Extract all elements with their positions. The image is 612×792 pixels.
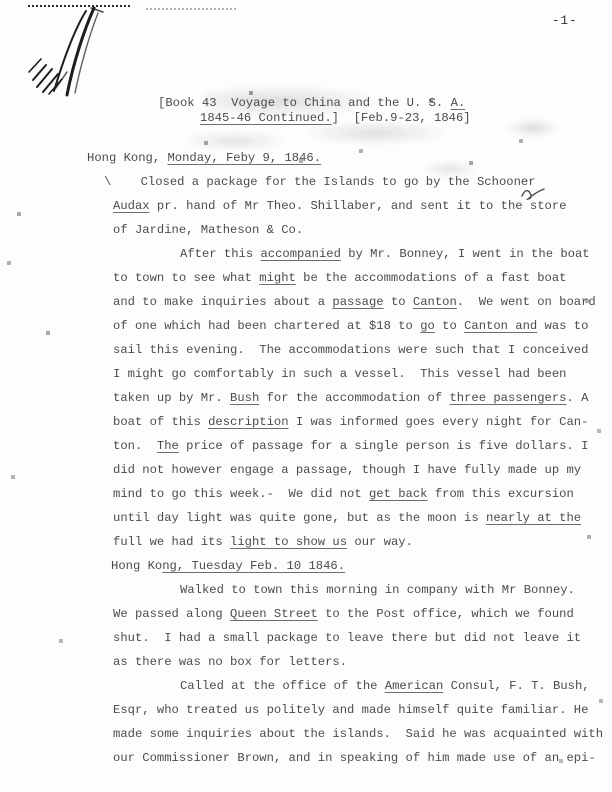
text-line: boat of this description I was informed …	[113, 410, 612, 434]
text-line: Called at the office of the American Con…	[180, 674, 612, 698]
text-line: of Jardine, Matheson & Co.	[113, 218, 612, 242]
text-line: Walked to town this morning in company w…	[180, 578, 612, 602]
text-line: to town to see what might be the accommo…	[113, 266, 612, 290]
text-segment: made some inquiries about the islands. S…	[113, 727, 603, 741]
text-line: sail this evening. The accommodations we…	[113, 338, 612, 362]
text-segment: Walked to town this morning in company w…	[180, 583, 575, 597]
date-heading: Hong Kong, Monday, Feby 9, 1846.	[87, 146, 612, 170]
text-line: full we had its light to show us our way…	[113, 530, 612, 554]
text-segment: to	[435, 319, 464, 333]
text-segment: and to make inquiries about a	[113, 295, 332, 309]
text-segment: Esqr, who treated us politely and made h…	[113, 703, 588, 717]
scanned-document-page: -1- [Book 43 Voyage to China and the U. …	[0, 0, 612, 792]
underlined-text: get back	[369, 487, 428, 501]
document-lines: [Book 43 Voyage to China and the U. S. A…	[113, 96, 612, 770]
text-segment: full we had its	[113, 535, 230, 549]
text-segment: pr. hand of Mr Theo. Shillaber, and sent…	[150, 199, 567, 213]
text-segment: be the accommodations of a fast boat	[296, 271, 567, 285]
underlined-text: go	[420, 319, 435, 333]
text-segment: was to	[537, 319, 588, 333]
text-line: I might go comfortably in such a vessel.…	[113, 362, 612, 386]
underlined-text: light to show us	[230, 535, 347, 549]
text-segment: mind to go this week.- We did not	[113, 487, 369, 501]
text-segment: as there was no box for letters.	[113, 655, 347, 669]
text-segment: Called at the office of the	[180, 679, 385, 693]
text-segment: to	[384, 295, 413, 309]
text-segment: . We went on board	[457, 295, 596, 309]
text-segment: for the accommodation of	[259, 391, 449, 405]
text-segment: [Book 43 Voyage to China and the U. S.	[158, 96, 451, 110]
text-segment: to the Post office, which we found	[318, 607, 574, 621]
text-segment: After this	[180, 247, 260, 261]
date-heading: Hong Kong, Tuesday Feb. 10 1846.	[111, 554, 612, 578]
underlined-text: might	[259, 271, 296, 285]
text-segment: \ Closed a package for the Islands to go…	[104, 175, 536, 189]
text-segment: price of passage for a single person is …	[179, 439, 589, 453]
underlined-text: accompanied	[260, 247, 340, 261]
text-line: until day light was quite gone, but as t…	[113, 506, 612, 530]
underlined-text: Canton	[413, 295, 457, 309]
text-segment: did not however engage a passage, though…	[113, 463, 581, 477]
text-segment: of one which had been chartered at $18 t…	[113, 319, 420, 333]
scan-speckles	[0, 0, 2, 2]
text-segment: Consul, F. T. Bush,	[443, 679, 589, 693]
underlined-text: description	[208, 415, 288, 429]
text-line: did not however engage a passage, though…	[113, 458, 612, 482]
underlined-text: American	[385, 679, 444, 693]
scan-dotted-line-faint	[146, 8, 236, 10]
page-number: -1-	[552, 14, 578, 28]
underlined-text: A.	[451, 96, 466, 110]
text-line: our Commissioner Brown, and in speaking …	[113, 746, 612, 770]
underlined-text: nearly at the	[486, 511, 581, 525]
underlined-text: Canton and	[464, 319, 537, 333]
document-title-line2: 1845-46 Continued.] [Feb.9-23, 1846]	[200, 111, 612, 126]
text-line: \ Closed a package for the Islands to go…	[104, 170, 612, 194]
text-line: of one which had been chartered at $18 t…	[113, 314, 612, 338]
text-segment: our way.	[347, 535, 413, 549]
text-segment: Hong Ko	[111, 559, 162, 573]
text-segment: to town to see what	[113, 271, 259, 285]
underlined-text: The	[157, 439, 179, 453]
text-segment: We passed along	[113, 607, 230, 621]
text-segment: ] [Feb.9-23, 1846]	[332, 111, 471, 125]
text-line: as there was no box for letters.	[113, 650, 612, 674]
text-line: shut. I had a small package to leave the…	[113, 626, 612, 650]
text-segment: our Commissioner Brown, and in speaking …	[113, 751, 596, 765]
text-line: made some inquiries about the islands. S…	[113, 722, 612, 746]
text-segment: I might go comfortably in such a vessel.…	[113, 367, 566, 381]
underlined-text: Monday, Feby 9, 1846.	[167, 151, 321, 165]
underlined-text: Queen Street	[230, 607, 318, 621]
text-line: Esqr, who treated us politely and made h…	[113, 698, 612, 722]
text-segment: until day light was quite gone, but as t…	[113, 511, 486, 525]
document-title-line1: [Book 43 Voyage to China and the U. S. A…	[158, 96, 612, 111]
text-line: After this accompanied by Mr. Bonney, I …	[180, 242, 612, 266]
underlined-text: Bush	[230, 391, 259, 405]
text-line: and to make inquiries about a passage to…	[113, 290, 612, 314]
text-line: We passed along Queen Street to the Post…	[113, 602, 612, 626]
underlined-text: ng, Tuesday Feb. 10 1846.	[162, 559, 345, 573]
text-segment: I was informed goes every night for Can-	[289, 415, 589, 429]
text-line: mind to go this week.- We did not get ba…	[113, 482, 612, 506]
text-segment: ton.	[113, 439, 157, 453]
text-segment: boat of this	[113, 415, 208, 429]
text-segment: sail this evening. The accommodations we…	[113, 343, 588, 357]
underlined-text: Audax	[113, 199, 150, 213]
underlined-text: three passengers	[449, 391, 566, 405]
text-segment: taken up by Mr.	[113, 391, 230, 405]
text-segment: Hong Kong,	[87, 151, 167, 165]
text-segment: from this excursion	[428, 487, 574, 501]
text-line: Audax pr. hand of Mr Theo. Shillaber, an…	[113, 194, 612, 218]
handwritten-scribble-icon	[15, 2, 130, 100]
text-line: ton. The price of passage for a single p…	[113, 434, 612, 458]
underlined-text: 1845-46 Continued.	[200, 111, 332, 125]
text-segment: . A	[566, 391, 588, 405]
text-segment: of Jardine, Matheson & Co.	[113, 223, 303, 237]
text-line: taken up by Mr. Bush for the accommodati…	[113, 386, 612, 410]
text-segment: shut. I had a small package to leave the…	[113, 631, 581, 645]
text-segment: by Mr. Bonney, I went in the boat	[341, 247, 590, 261]
underlined-text: passage	[332, 295, 383, 309]
